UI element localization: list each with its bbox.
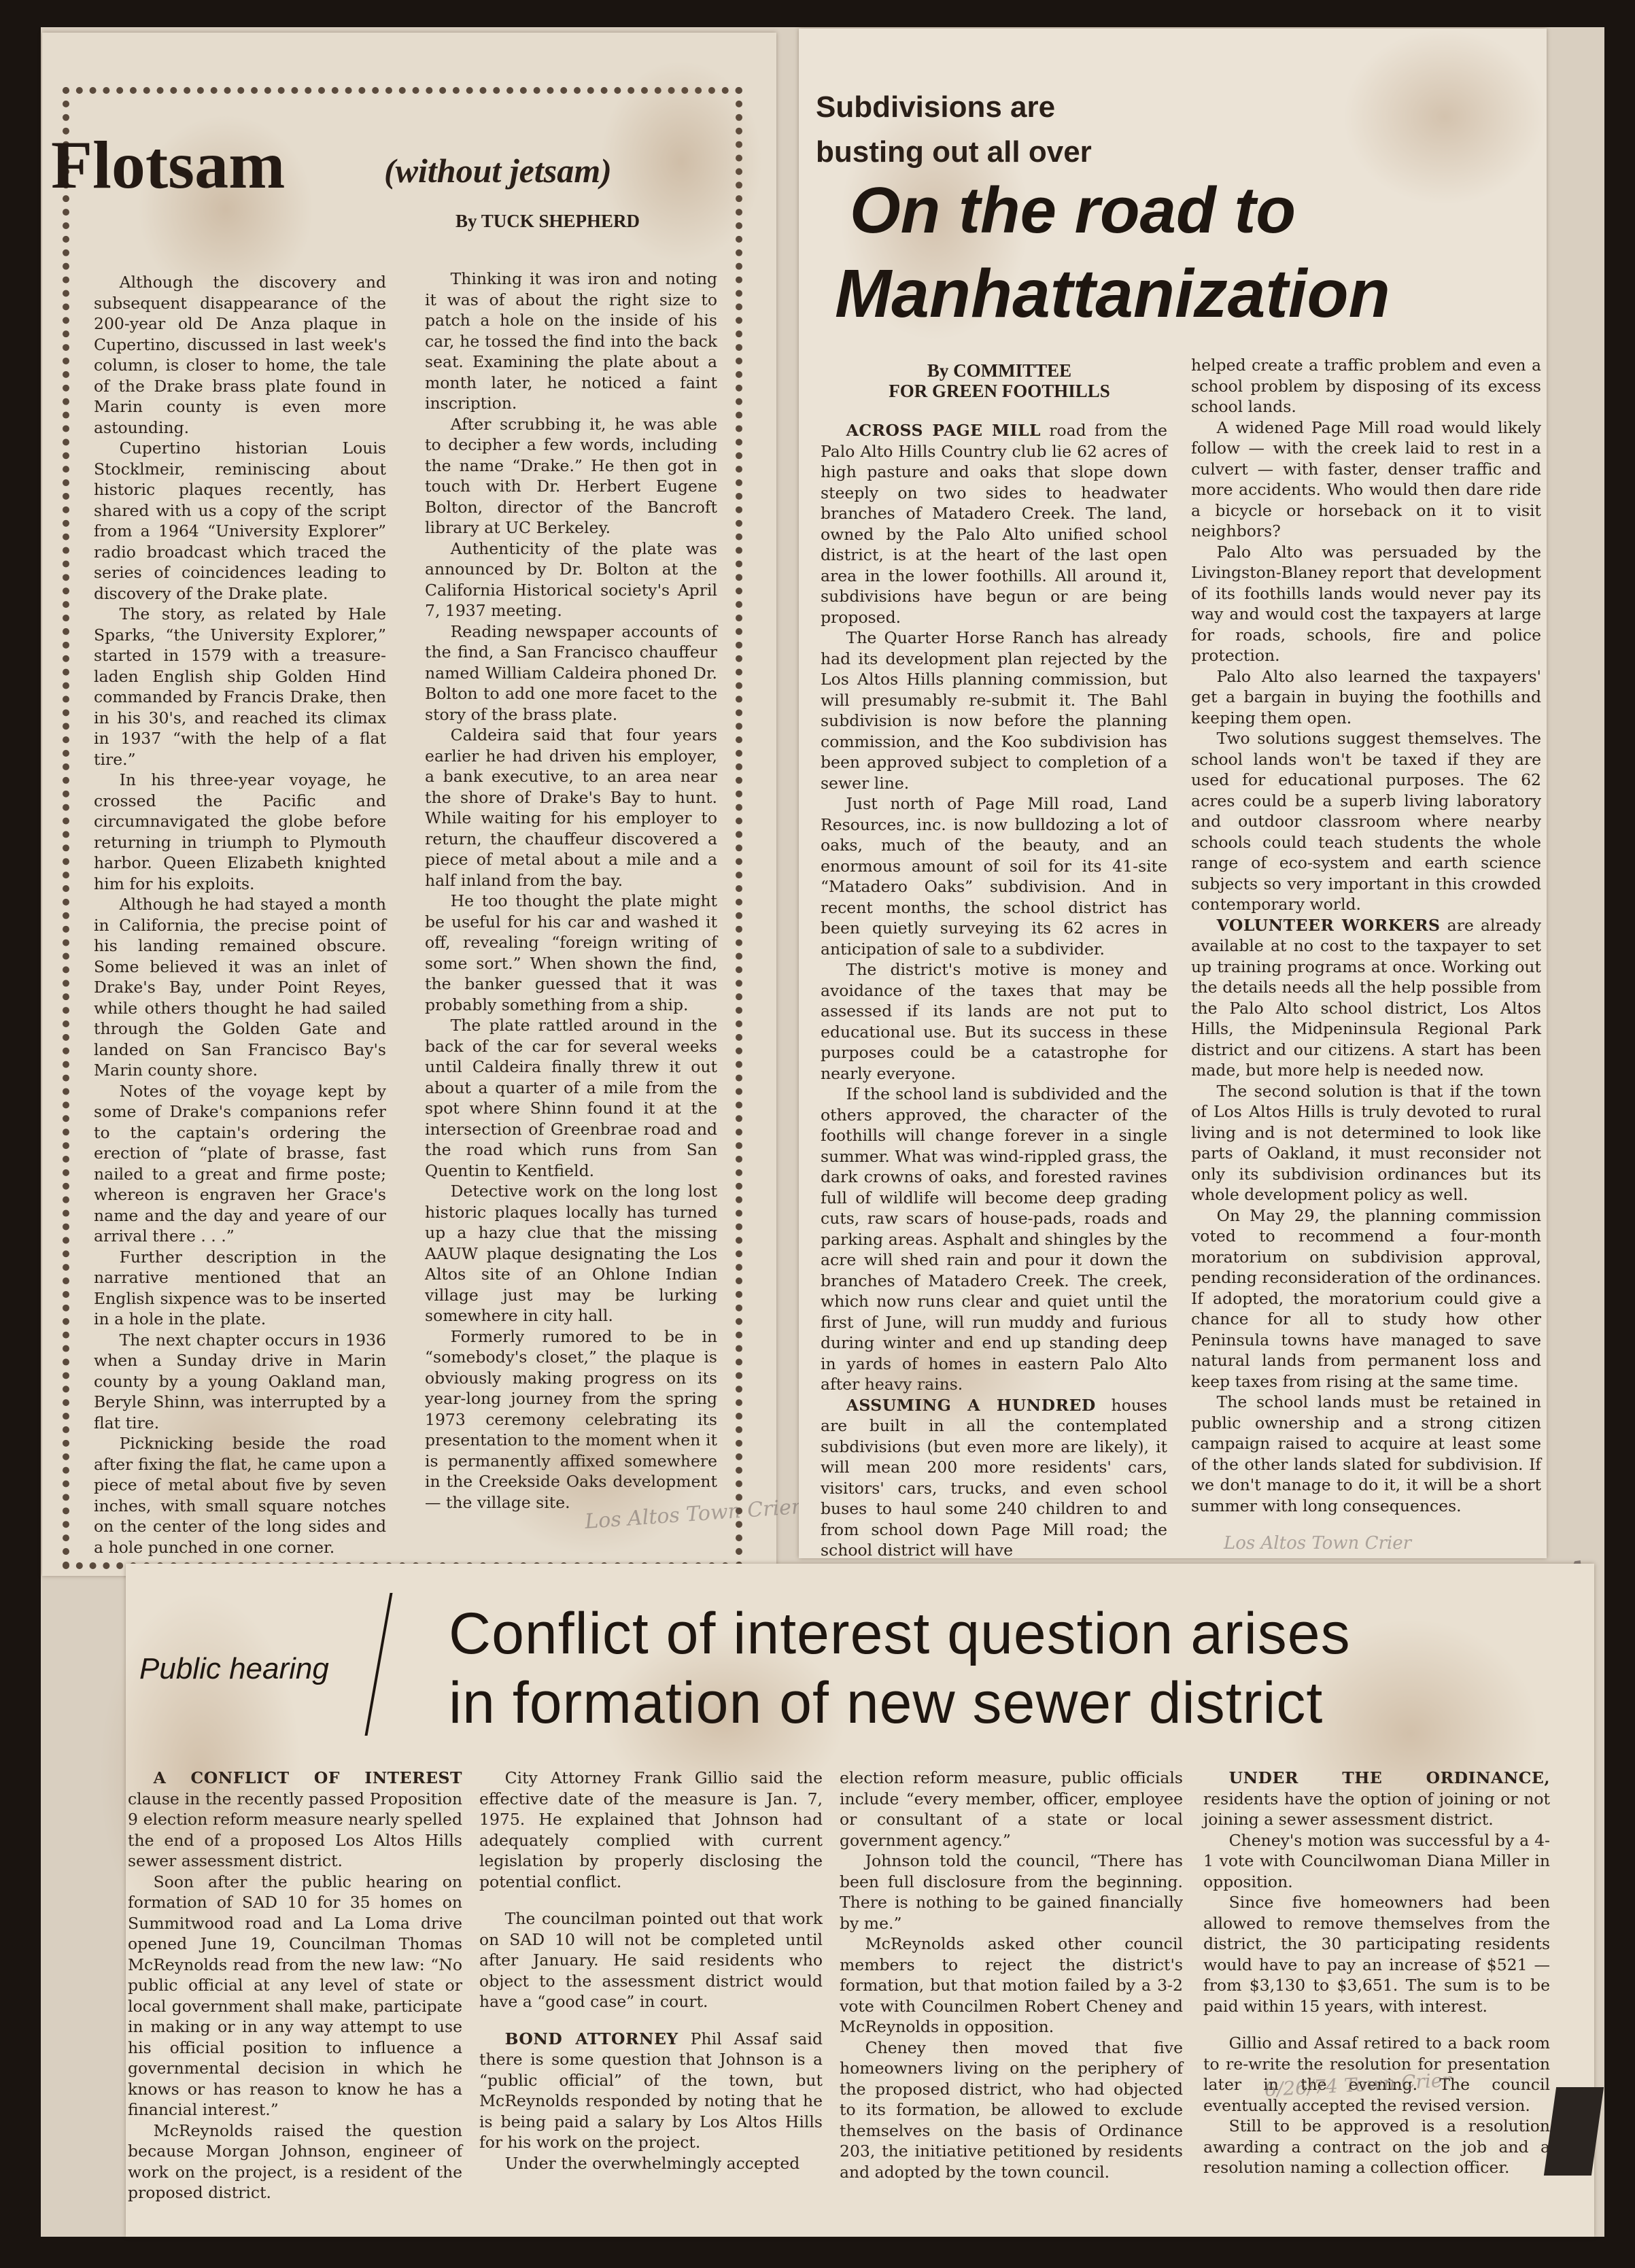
manhattan-kicker: Subdivisions are busting out all over — [816, 85, 1092, 175]
paragraph: ASSUMING A HUNDRED houses are built in a… — [821, 1395, 1167, 1561]
paragraph: The second solution is that if the town … — [1191, 1081, 1541, 1205]
kicker-line-2: busting out all over — [816, 130, 1092, 175]
manhattan-column-1: ACROSS PAGE MILL road from the Palo Alto… — [821, 420, 1167, 1561]
paragraph: Caldeira said that four years earlier he… — [425, 725, 717, 891]
sewer-headline: Conflict of interest question arises in … — [449, 1599, 1351, 1738]
paragraph: UNDER THE ORDINANCE, residents have the … — [1203, 1768, 1550, 1830]
paragraph-lead-in: ACROSS PAGE MILL — [846, 421, 1041, 440]
sewer-headline-line-2: in formation of new sewer district — [449, 1668, 1351, 1738]
paragraph: Picknicking beside the road after fixing… — [94, 1433, 386, 1558]
paragraph-lead-in: A CONFLICT OF INTEREST — [154, 1768, 462, 1787]
paragraph: Cheney then moved that five homeowners l… — [840, 2038, 1183, 2183]
sewer-headline-line-1: Conflict of interest question arises — [449, 1599, 1351, 1668]
paragraph: The Quarter Horse Ranch has already had … — [821, 628, 1167, 793]
paragraph: Cheney's motion was successful by a 4-1 … — [1203, 1830, 1550, 1893]
paragraph: BOND ATTORNEY Phil Assaf said there is s… — [479, 2029, 823, 2153]
byline-line-1: By COMMITTEE — [857, 360, 1142, 381]
paragraph: Although he had stayed a month in Califo… — [94, 894, 386, 1081]
paragraph: After scrubbing it, he was able to decip… — [425, 414, 717, 538]
sewer-column-1: A CONFLICT OF INTEREST clause in the rec… — [128, 1768, 462, 2203]
paragraph-lead-in: UNDER THE ORDINANCE, — [1229, 1768, 1550, 1787]
paragraph: The school lands must be retained in pub… — [1191, 1392, 1541, 1516]
paragraph: McReynolds raised the question because M… — [128, 2120, 462, 2203]
paragraph: The next chapter occurs in 1936 when a S… — [94, 1330, 386, 1434]
paragraph: ACROSS PAGE MILL road from the Palo Alto… — [821, 420, 1167, 628]
paragraph: Under the overwhelmingly accepted — [479, 2153, 823, 2174]
kicker-line-1: Subdivisions are — [816, 85, 1092, 130]
paragraph: Palo Alto was persuaded by the Livingsto… — [1191, 542, 1541, 666]
byline-line-2: FOR GREEN FOOTHILLS — [857, 381, 1142, 401]
paragraph: Palo Alto also learned the taxpayers' ge… — [1191, 666, 1541, 729]
paragraph: Just north of Page Mill road, Land Resou… — [821, 793, 1167, 959]
flotsam-column-2: Thinking it was iron and noting it was o… — [425, 269, 717, 1513]
manhattan-byline: By COMMITTEE FOR GREEN FOOTHILLS — [857, 360, 1142, 401]
paragraph: VOLUNTEER WORKERS are already available … — [1191, 915, 1541, 1081]
handwritten-source-note: Los Altos Town Crier — [1224, 1533, 1411, 1553]
paragraph: A widened Page Mill road would likely fo… — [1191, 417, 1541, 542]
paragraph: Detective work on the long lost historic… — [425, 1181, 717, 1326]
manhattan-headline-line-1: On the road to — [850, 173, 1296, 248]
paragraph: On May 29, the planning commission voted… — [1191, 1205, 1541, 1392]
paragraph: The story, as related by Hale Sparks, “t… — [94, 604, 386, 770]
paragraph: Notes of the voyage kept by some of Drak… — [94, 1081, 386, 1247]
paragraph: If the school land is subdivided and the… — [821, 1084, 1167, 1395]
paragraph-lead-in: VOLUNTEER WORKERS — [1217, 916, 1441, 935]
paragraph: Since five homeowners had been allowed t… — [1203, 1892, 1550, 2016]
flotsam-title: Flotsam — [51, 126, 285, 204]
paragraph: Formerly rumored to be in “somebody's cl… — [425, 1326, 717, 1513]
paragraph: helped create a traffic problem and even… — [1191, 355, 1541, 417]
flotsam-column-1: Although the discovery and subsequent di… — [94, 272, 386, 1558]
paragraph-lead-in: BOND ATTORNEY — [505, 2029, 678, 2048]
flotsam-subtitle: (without jetsam) — [384, 151, 612, 190]
paragraph: City Attorney Frank Gillio said the effe… — [479, 1768, 823, 1892]
paragraph-lead-in: ASSUMING A HUNDRED — [846, 1396, 1096, 1415]
paragraph: Cupertino historian Louis Stocklmeir, re… — [94, 438, 386, 604]
paragraph: He too thought the plate might be useful… — [425, 891, 717, 1015]
paragraph: The councilman pointed out that work on … — [479, 1908, 823, 2012]
stain — [1343, 29, 1547, 205]
manhattan-column-2: helped create a traffic problem and even… — [1191, 355, 1541, 1516]
sewer-column-3: election reform measure, public official… — [840, 1768, 1183, 2182]
flotsam-byline: By TUCK SHEPHERD — [455, 211, 640, 232]
paragraph: Still to be approved is a resolution awa… — [1203, 2116, 1550, 2178]
paragraph: Johnson told the council, “There has bee… — [840, 1851, 1183, 1934]
paragraph: The district's motive is money and avoid… — [821, 959, 1167, 1084]
paragraph: A CONFLICT OF INTEREST clause in the rec… — [128, 1768, 462, 1872]
paragraph: Authenticity of the plate was announced … — [425, 538, 717, 621]
paragraph: Further description in the narrative men… — [94, 1247, 386, 1330]
sewer-column-2: City Attorney Frank Gillio said the effe… — [479, 1768, 823, 2173]
paragraph: Thinking it was iron and noting it was o… — [425, 269, 717, 414]
paragraph: The plate rattled around in the back of … — [425, 1015, 717, 1181]
paragraph: McReynolds asked other council members t… — [840, 1934, 1183, 2038]
paragraph: Soon after the public hearing on formati… — [128, 1872, 462, 2120]
paragraph: Although the discovery and subsequent di… — [94, 272, 386, 438]
paragraph: election reform measure, public official… — [840, 1768, 1183, 1851]
paragraph: Two solutions suggest themselves. The sc… — [1191, 728, 1541, 915]
manhattan-headline-line-2: Manhattanization — [835, 255, 1390, 333]
paragraph: In his three-year voyage, he crossed the… — [94, 770, 386, 894]
sewer-column-4: UNDER THE ORDINANCE, residents have the … — [1203, 1768, 1550, 2178]
section-label-public-hearing: Public hearing — [139, 1652, 329, 1686]
paragraph: Reading newspaper accounts of the find, … — [425, 621, 717, 725]
